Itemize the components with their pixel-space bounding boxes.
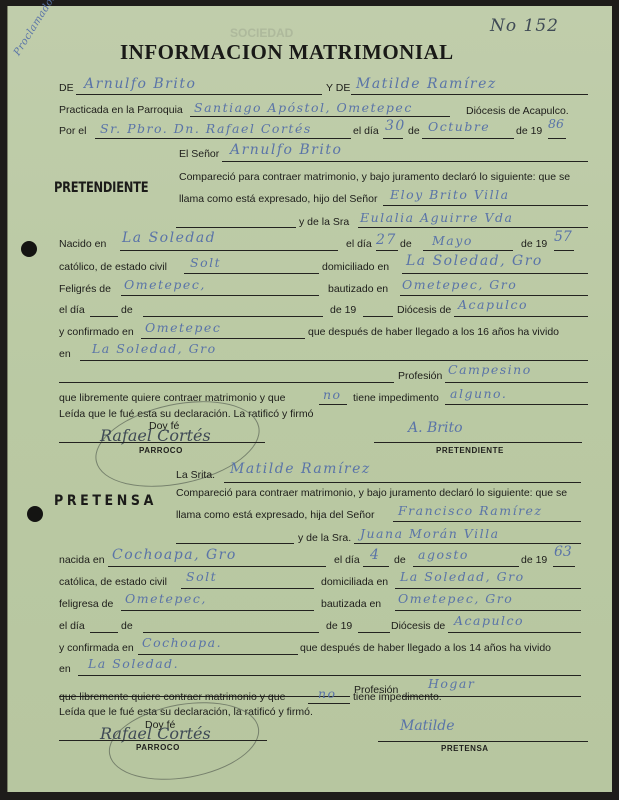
pretensa-domicilio-value[interactable]: La Soledad, Gro [400,569,525,584]
pretendiente-profesion-value[interactable]: Campesino [448,362,532,377]
senor-value[interactable]: Arnulfo Brito [230,142,342,158]
pretensa-impedimento-text: tiene impedimento. [353,691,442,703]
de-line [76,94,322,95]
estado-civil-line [184,273,319,274]
punch-hole-bottom [27,506,43,522]
por-label: Por el [59,125,86,137]
parroco-caption: PARROCO [139,446,183,455]
madre-label: y de la Sra [299,216,349,228]
madre-line [358,227,588,228]
parroquia-value[interactable]: Santiago Apóstol, Ometepec [194,100,413,115]
nac-anio-label: de 19 [521,238,547,250]
impedimento-line [445,404,588,405]
y-de-label: Y DE [326,82,350,94]
pretendiente-vivido-value[interactable]: La Soledad, Gro [92,341,217,356]
confirmada-label: y confirmada en [59,642,134,654]
pretensa-bautizada-line [395,610,581,611]
pretensa-estado-civil-value[interactable]: Solt [186,569,217,584]
padre-line-2 [176,227,296,228]
pretensa-diocesis-line [448,632,581,633]
de-value[interactable]: Arnulfo Brito [84,76,196,92]
despues-text: que después de haber llegado a los 16 añ… [308,326,559,338]
pretensa-de19-line [358,632,390,633]
de19-label: de 19 [330,304,356,316]
de-label: DE [59,82,74,94]
pretendiente-domicilio-value[interactable]: La Soledad, Gro [406,253,543,269]
pretendiente-diocesis-value[interactable]: Acapulco [458,297,528,312]
pretensa-en-label: en [59,663,71,675]
punch-hole-top [21,241,37,257]
pretendiente-bautizado-value[interactable]: Ometepec, Gro [402,277,517,292]
pretensa-no-value[interactable]: no [318,686,337,701]
mes-value[interactable]: Octubre [428,119,490,134]
el-dia-line [90,316,118,317]
el-de-label: de [121,304,133,316]
pretensa-padre-line [393,521,581,522]
nacido-line [120,250,338,251]
pretendiente-comparecio: Compareció para contraer matrimonio, y b… [179,171,570,183]
confirmado-line [141,338,305,339]
pretensa-profesion-value[interactable]: Hogar [428,676,475,691]
pretensa-el-dia-line [90,632,118,633]
no-line [319,404,347,405]
pretensa-caption: PRETENSA [441,744,489,753]
pretensa-nacida-value[interactable]: Cochoapa, Gro [112,547,237,563]
pretendiente-signature[interactable]: A. Brito [408,420,463,436]
pretendiente-sig-line [374,442,582,443]
y-de-line [351,94,588,95]
pretensa-nac-mes-line [413,566,519,567]
el-mes-line [143,316,323,317]
bautizada-label: bautizada en [321,598,381,610]
dia-line [383,138,403,139]
page-title: INFORMACION MATRIMONIAL [120,40,454,65]
pretensa-nac-anio-value[interactable]: 63 [554,544,572,560]
pretensa-signature[interactable]: Matilde [400,718,455,734]
pretensa-nac-anio-line [553,566,575,567]
pretendiente-estado-civil-value[interactable]: Solt [190,255,221,270]
catolica-label: católica, de estado civil [59,576,167,588]
pretensa-nac-anio-label: de 19 [521,554,547,566]
pretensa-domicilio-line [395,588,581,589]
pretendiente-llama: llama como está expresado, hijo del Seño… [179,193,377,205]
pretensa-parroco-sig-line [59,740,267,741]
pretensa-nac-dia-value[interactable]: 4 [370,547,380,563]
pretensa-libremente-text: que libremente quiere contraer matrimoni… [59,691,285,703]
bleed-through-text: SOCIEDAD [230,26,293,40]
catolico-label: católico, de estado civil [59,261,167,273]
dia-label: el día [353,125,379,137]
nac-dia-label: el día [346,238,372,250]
pretendiente-nac-anio-value[interactable]: 57 [554,229,572,245]
nac-de-label: de [400,238,412,250]
nac-anio-line [554,250,574,251]
anio-label: de 19 [516,125,542,137]
pretendiente-padre-value[interactable]: Eloy Brito Villa [390,187,510,202]
bautizado-line [400,295,588,296]
pretensa-no-line [308,703,350,704]
vivido-line [80,360,588,361]
y-de-value[interactable]: Matilde Ramírez [356,76,497,92]
pretendiente-caption: PRETENDIENTE [436,446,504,455]
document-number: No 152 [490,16,559,36]
parroco-sig-line [59,442,265,443]
blank-line [59,382,394,383]
pretensa-diocesis-label: Diócesis de [391,620,445,632]
pretensa-madre-label: y de la Sra. [298,532,351,544]
pretensa-parroco-caption: PARROCO [136,743,180,752]
pretendiente-no-value[interactable]: no [323,387,342,402]
nac-dia-line [376,250,398,251]
pretensa-vivido-value[interactable]: La Soledad. [88,656,179,671]
mes-line [422,138,514,139]
confirmado-label: y confirmado en [59,326,134,338]
pretensa-nac-mes-value[interactable]: agosto [418,547,469,562]
feligres-label: Feligrés de [59,283,111,295]
srita-line [224,482,581,483]
por-value[interactable]: Sr. Pbro. Dn. Rafael Cortés [100,121,312,136]
pretendiente-nac-dia-value[interactable]: 27 [376,232,397,248]
anio-line [548,138,566,139]
domicilio-line [402,273,588,274]
pretendiente-madre-value[interactable]: Eulalia Aguirre Vda [360,210,513,225]
profesion-line [445,382,588,383]
pretensa-nac-dia-line [363,566,389,567]
pretendiente-nacido-value[interactable]: La Soledad [122,230,216,246]
nacido-label: Nacido en [59,238,106,250]
margin-note: Proclamados [12,0,59,58]
padre-line [383,205,588,206]
nac-mes-line [423,250,513,251]
pretensa-el-de-label: de [121,620,133,632]
nacida-line [108,566,326,567]
impedimento-text: tiene impedimento [353,392,439,404]
parroquia-label: Practicada en la Parroquia [59,104,183,116]
document-page: Proclamados No 152 SOCIEDAD INFORMACION … [7,6,612,792]
anio-value[interactable]: 86 [548,116,564,131]
libremente-text: que libremente quiere contraer matrimoni… [59,392,285,404]
pretendiente-heading: PRETENDIENTE [54,180,148,196]
feligres-line [121,295,319,296]
pretensa-nac-de-label: de [394,554,406,566]
pretendiente-impedimento-value[interactable]: alguno. [450,386,507,401]
en-label: en [59,348,71,360]
pretensa-nac-dia-label: el día [334,554,360,566]
bautizado-label: bautizado en [328,283,388,295]
pretendiente-feligres-value[interactable]: Ometepec, [124,277,206,292]
pretensa-llama: llama como está expresado, hija del Seño… [176,509,374,521]
srita-label: La Srita. [176,469,215,481]
feligresa-line [121,610,314,611]
dia-value[interactable]: 30 [385,118,406,134]
pretensa-padre-value[interactable]: Francisco Ramírez [398,503,543,518]
confirmada-line [138,654,298,655]
el-dia-label: el día [59,304,85,316]
pretensa-madre-line [354,543,581,544]
pretensa-el-mes-line [143,632,319,633]
diocesis-line [454,316,588,317]
pretensa-el-dia-label: el día [59,620,85,632]
pretensa-heading: PRETENSA [54,493,157,509]
senor-label: El Señor [179,148,219,160]
pretensa-diocesis-value[interactable]: Acapulco [454,613,524,628]
domiciliado-label: domiciliado en [322,261,389,273]
pretensa-vivido-line [78,675,581,676]
pretendiente-nac-mes-value[interactable]: Mayo [432,233,473,248]
pretendiente-confirmado-value[interactable]: Ometepec [145,320,221,335]
pretensa-comparecio: Compareció para contraer matrimonio, y b… [176,487,567,499]
senor-line [222,161,588,162]
profesion-label: Profesión [398,370,442,382]
de-mes-label: de [408,125,420,137]
pretensa-sig-line [378,741,588,742]
por-line [95,138,351,139]
srita-value[interactable]: Matilde Ramírez [230,461,371,477]
feligresa-label: feligresa de [59,598,113,610]
pretensa-confirmada-value[interactable]: Cochoapa. [142,635,222,650]
domiciliada-label: domiciliada en [321,576,388,588]
pretensa-madre-value[interactable]: Juana Morán Villa [360,526,500,541]
de19-line [363,316,393,317]
parroquia-line [190,116,450,117]
diocesis-label: Diócesis de [397,304,451,316]
nacida-label: nacida en [59,554,105,566]
pretensa-despues-text: que después de haber llegado a los 14 añ… [300,642,551,654]
pretensa-feligresa-value[interactable]: Ometepec, [125,591,207,606]
pretensa-padre-line-2 [176,543,294,544]
pretensa-estado-civil-line [181,588,314,589]
pretensa-bautizada-value[interactable]: Ometepec, Gro [398,591,513,606]
pretensa-de19-label: de 19 [326,620,352,632]
